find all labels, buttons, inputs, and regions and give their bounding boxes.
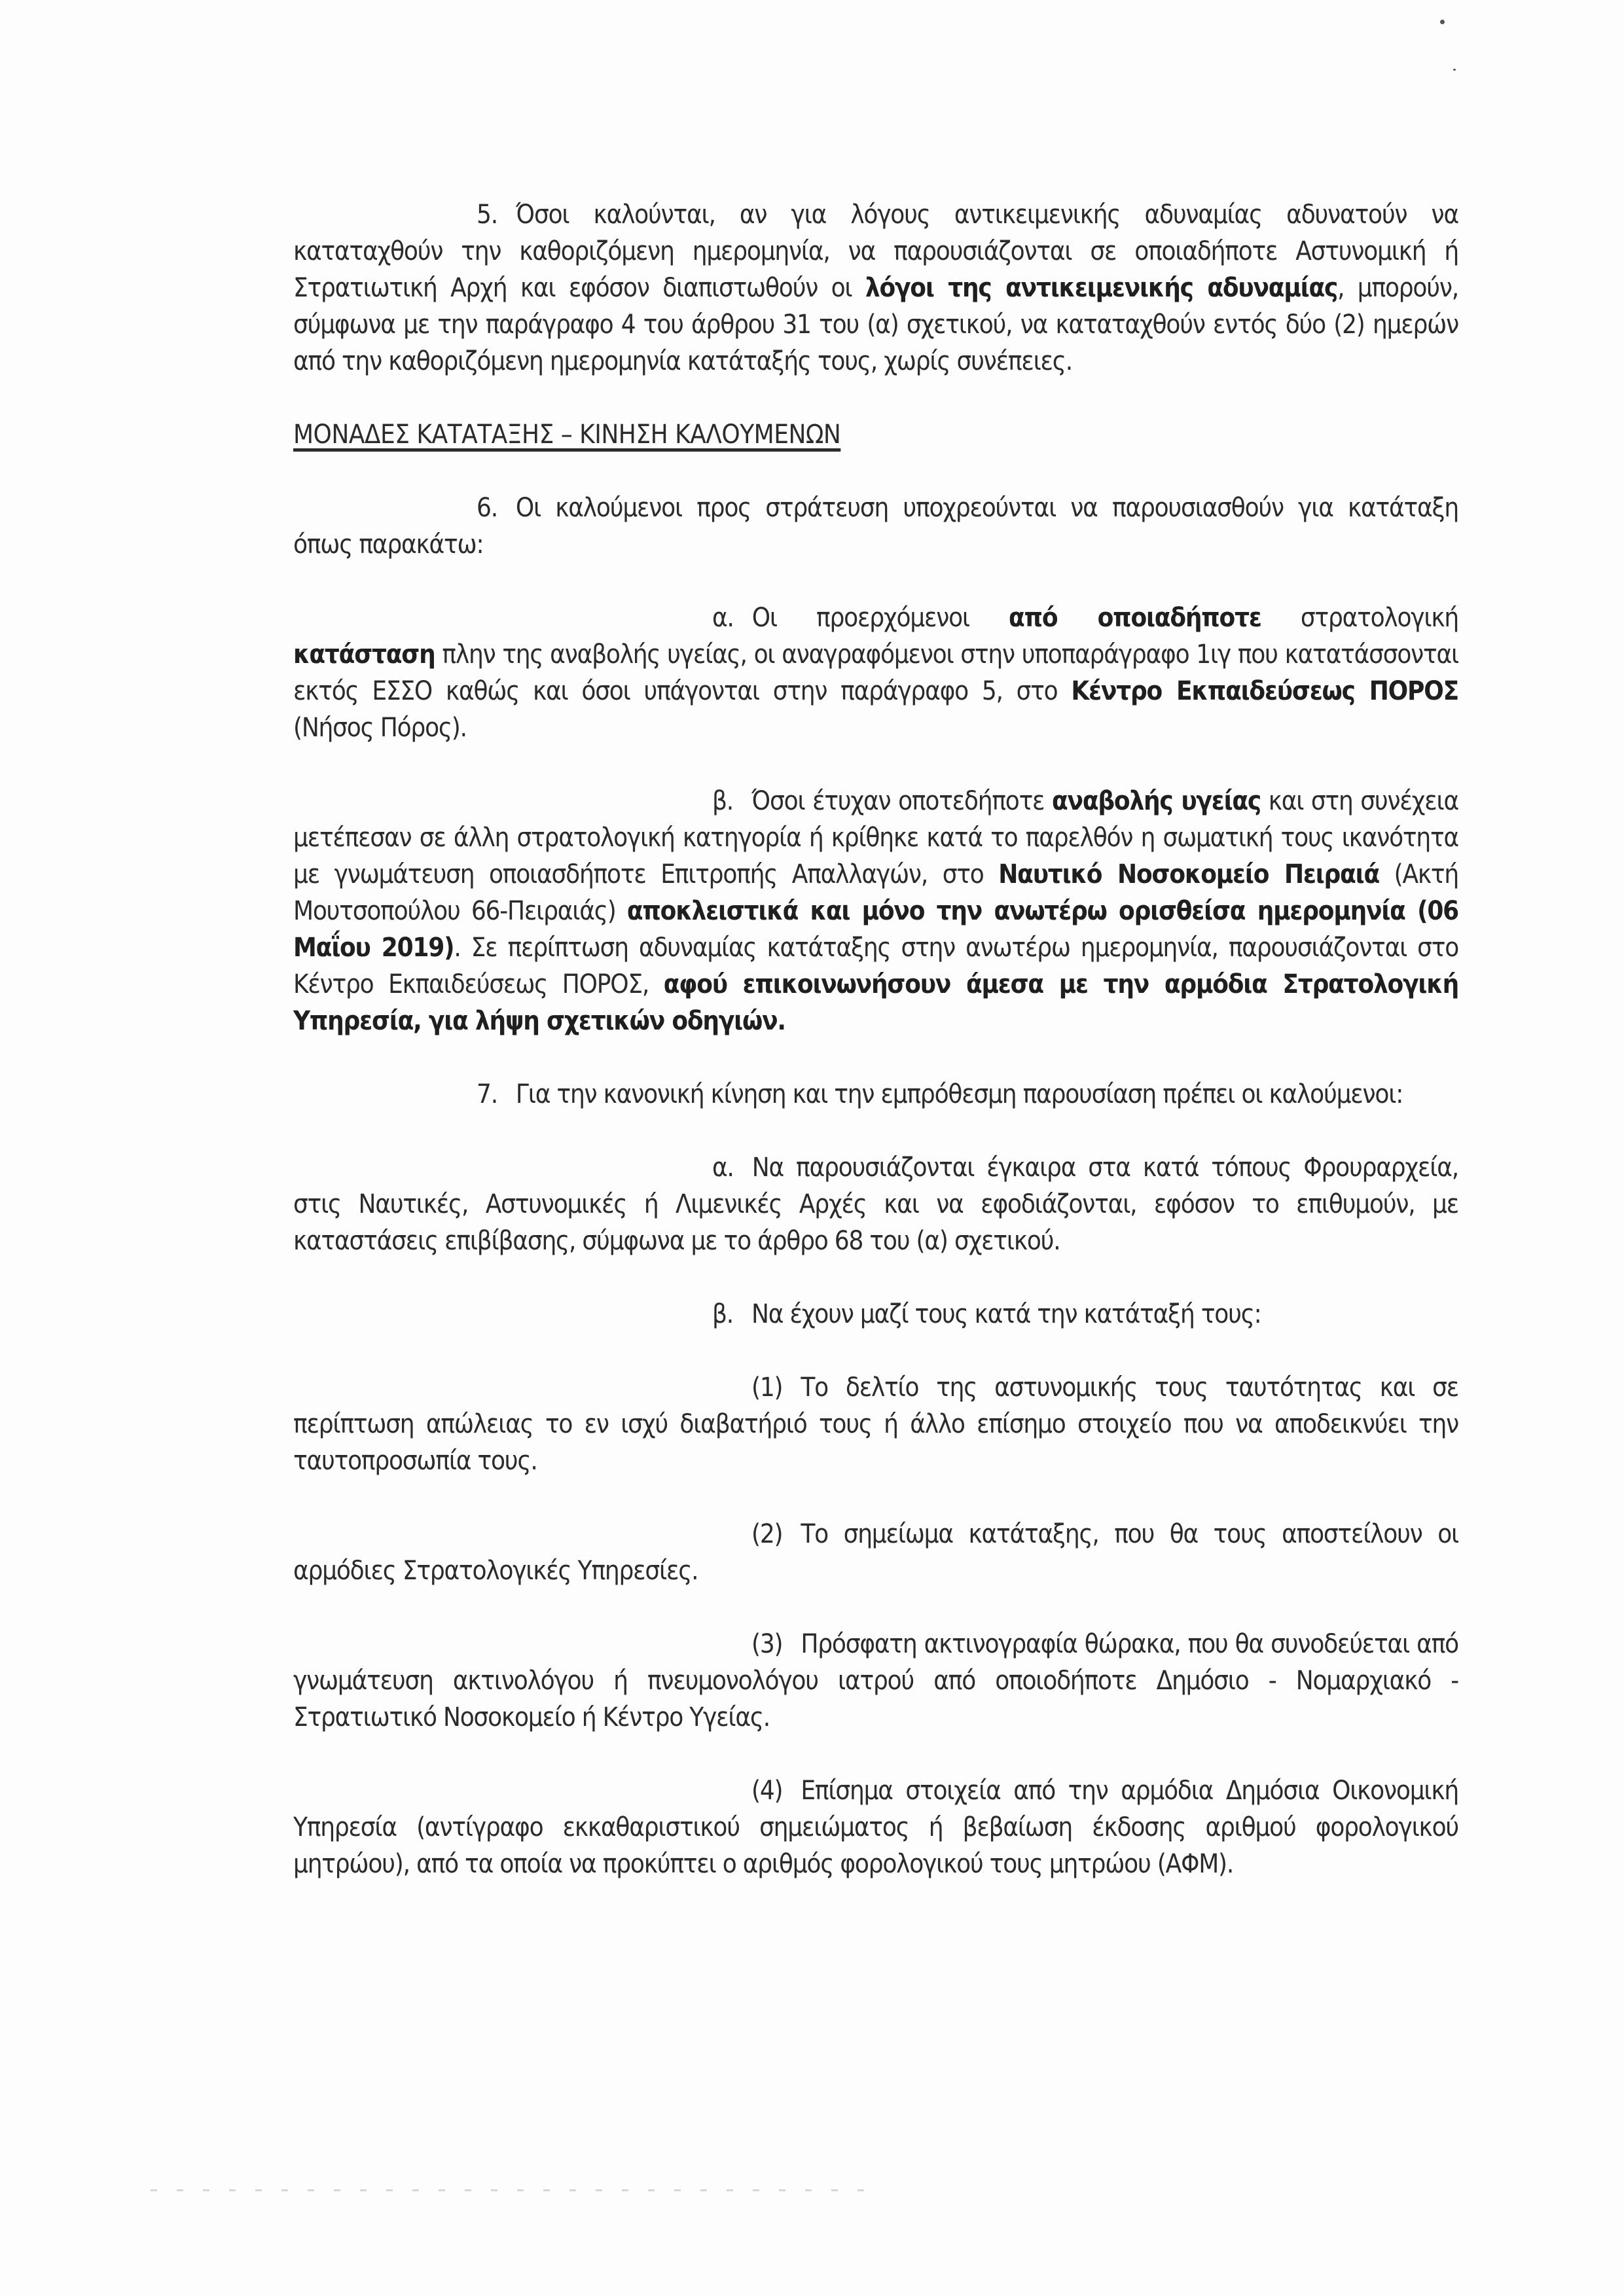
body-text: στρατολογική: [1261, 603, 1458, 633]
paragraph-7: 7.Για την κανονική κίνηση και την εμπρόθ…: [293, 1076, 1458, 1113]
paragraph-number: (2): [522, 1516, 782, 1552]
scan-noise-footer: [151, 2189, 871, 2191]
paragraph-3: (3)Πρόσφατη ακτινογραφία θώρακα, που θα …: [293, 1626, 1458, 1736]
scan-speck: [1440, 20, 1445, 24]
body-text: Οι προερχόμενοι: [752, 603, 1009, 633]
body-text: (Νήσος Πόρος).: [293, 713, 467, 743]
paragraph-number: 6.: [385, 490, 497, 526]
body-text: Επίσημα στοιχεία από την αρμόδια Δημόσια…: [293, 1776, 1458, 1879]
emphasized-text: αναβολής υγείας: [1052, 786, 1261, 816]
paragraph-number: α.: [503, 600, 734, 636]
emphasized-text: κατάσταση: [293, 639, 435, 670]
body-text: Πρόσφατη ακτινογραφία θώρακα, που θα συν…: [293, 1629, 1458, 1732]
paragraph-number: 5.: [385, 196, 497, 233]
scanned-document-page: 5.Όσοι καλούνται, αν για λόγους αντικειμ…: [0, 0, 1624, 2296]
paragraph-number: β.: [503, 783, 733, 819]
body-text: Το δελτίο της αστυνομικής τους ταυτότητα…: [293, 1372, 1458, 1476]
paragraph-4: (4)Επίσημα στοιχεία από την αρμόδια Δημό…: [293, 1772, 1458, 1882]
paragraph-α: α.Να παρουσιάζονται έγκαιρα στα κατά τόπ…: [293, 1149, 1458, 1259]
paragraph-number: (4): [522, 1772, 782, 1809]
emphasized-text: λόγοι της αντικειμενικής αδυναμίας: [865, 273, 1337, 303]
paragraph-1: (1)Το δελτίο της αστυνομικής τους ταυτότ…: [293, 1369, 1458, 1479]
paragraph-5: 5.Όσοι καλούνται, αν για λόγους αντικειμ…: [293, 196, 1458, 380]
body-text: Όσοι έτυχαν οποτεδήποτε: [751, 786, 1052, 816]
body-text: Να παρουσιάζονται έγκαιρα στα κατά τόπου…: [293, 1153, 1458, 1256]
scan-speck: [1453, 69, 1456, 71]
paragraph-number: α.: [503, 1149, 734, 1186]
body-text: Να έχουν μαζί τους κατά την κατάταξή του…: [751, 1299, 1261, 1329]
paragraph-β: β.Να έχουν μαζί τους κατά την κατάταξή τ…: [293, 1296, 1458, 1333]
paragraph-6: 6.Οι καλούμενοι προς στράτευση υποχρεούν…: [293, 490, 1458, 563]
section-heading: ΜΟΝΑΔΕΣ ΚΑΤΑΤΑΞΗΣ – ΚΙΝΗΣΗ ΚΑΛΟΥΜΕΝΩΝ: [293, 416, 1458, 453]
paragraph-number: β.: [503, 1296, 733, 1333]
paragraph-β: β.Όσοι έτυχαν οποτεδήποτε αναβολής υγεία…: [293, 783, 1458, 1039]
paragraph-number: (1): [522, 1369, 782, 1406]
body-text: Για την κανονική κίνηση και την εμπρόθεσ…: [516, 1079, 1403, 1109]
paragraph-2: (2)Το σημείωμα κατάταξης, που θα τους απ…: [293, 1516, 1458, 1589]
document-body: 5.Όσοι καλούνται, αν για λόγους αντικειμ…: [293, 196, 1458, 1919]
emphasized-text: Ναυτικό Νοσοκομείο Πειραιά: [998, 859, 1379, 889]
emphasized-text: από οποιαδήποτε: [1009, 603, 1261, 633]
emphasized-text: Κέντρο Εκπαιδεύσεως ΠΟΡΟΣ: [1071, 676, 1458, 706]
paragraph-α: α.Οι προερχόμενοι από οποιαδήποτε στρατο…: [293, 600, 1458, 746]
paragraph-number: 7.: [385, 1076, 497, 1113]
paragraph-number: (3): [522, 1626, 782, 1662]
body-text: Το σημείωμα κατάταξης, που θα τους αποστ…: [293, 1519, 1458, 1586]
